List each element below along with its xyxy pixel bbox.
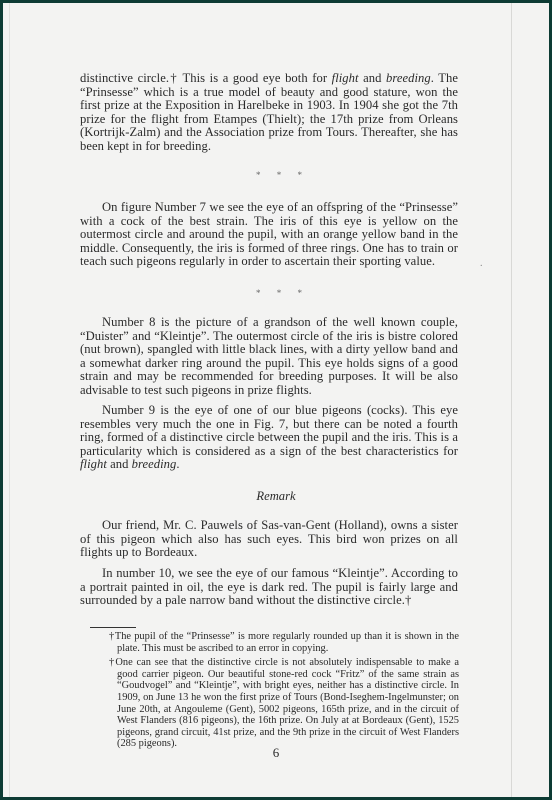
text: and xyxy=(359,71,386,85)
page-edge-left xyxy=(9,3,10,797)
paragraph-number-10: In number 10, we see the eye of our famo… xyxy=(80,567,458,608)
paragraph-figure-7: On figure Number 7 we see the eye of an … xyxy=(80,201,458,269)
emphasis-breeding: breeding xyxy=(132,457,177,471)
paragraph-number-9: Number 9 is the eye of one of our blue p… xyxy=(80,404,458,472)
section-separator: * * * xyxy=(3,170,552,180)
document-page: distinctive circle.† This is a good eye … xyxy=(3,3,549,797)
text: Number 8 is the picture of a grandson of… xyxy=(80,316,458,398)
text: and xyxy=(107,457,132,471)
footnotes: †The pupil of the “Prinsesse” is more re… xyxy=(109,631,459,753)
stray-mark: . xyxy=(480,258,483,269)
page-number: 6 xyxy=(3,745,549,761)
text: distinctive circle.† This is a good eye … xyxy=(80,71,332,85)
text: In number 10, we see the eye of our famo… xyxy=(80,567,458,608)
paragraph-remark: Our friend, Mr. C. Pauwels of Sas-van-Ge… xyxy=(80,519,458,560)
paragraph-prinsesse: distinctive circle.† This is a good eye … xyxy=(80,72,458,154)
text: Number 9 is the eye of one of our blue p… xyxy=(80,403,458,458)
emphasis-flight: flight xyxy=(80,457,107,471)
page-edge-right xyxy=(511,3,512,797)
footnote-rule xyxy=(90,627,136,628)
text: On figure Number 7 we see the eye of an … xyxy=(80,201,458,269)
emphasis-breeding: breeding xyxy=(386,71,431,85)
paragraph-number-8: Number 8 is the picture of a grandson of… xyxy=(80,316,458,398)
emphasis-flight: flight xyxy=(332,71,359,85)
section-separator: * * * xyxy=(3,288,552,298)
remark-heading: Remark xyxy=(3,489,549,504)
footnote-1: †The pupil of the “Prinsesse” is more re… xyxy=(109,631,459,654)
text: . xyxy=(176,457,179,471)
footnote-2: †One can see that the distinctive circle… xyxy=(109,657,459,750)
text: Our friend, Mr. C. Pauwels of Sas-van-Ge… xyxy=(80,519,458,560)
